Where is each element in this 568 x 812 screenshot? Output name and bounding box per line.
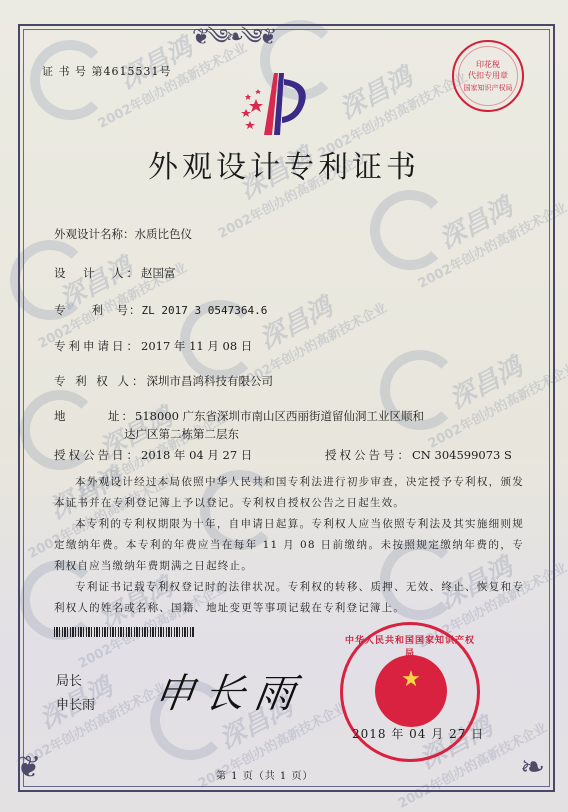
field-value: 赵国富 xyxy=(141,265,176,281)
field-label: 外观设计名称： xyxy=(54,226,135,242)
field-value: 水质比色仪 xyxy=(135,226,193,242)
field-label: 地 址： xyxy=(54,408,135,424)
grant-number-field: 授权公告号：CN 304599073 S xyxy=(325,447,512,463)
director-block: 局长 申长雨 xyxy=(56,670,95,718)
field-value: 2017 年 11 月 08 日 xyxy=(141,338,252,354)
grant-statement-paragraph: 本外观设计经过本局依照中华人民共和国专利法进行初步审查，决定授予专利权，颁发本证… xyxy=(54,472,524,514)
certificate-number-value: 第4615531号 xyxy=(92,65,172,78)
page-title: 外观设计专利证书 xyxy=(0,142,568,186)
field-value: CN 304599073 S xyxy=(412,448,512,462)
seal-date: 2018 年 04 月 27 日 xyxy=(352,725,484,742)
page-number: 第 1 页（共 1 页） xyxy=(216,767,313,782)
field-label: 授权公告号： xyxy=(325,447,412,463)
certificate-number: 证 书 号 第4615531号 xyxy=(42,63,172,79)
address-field: 地 址：518000 广东省深圳市南山区西丽街道留仙洞工业区顺和 xyxy=(54,408,424,424)
design-name-field: 外观设计名称：水质比色仪 xyxy=(54,226,192,242)
field-value: ZL 2017 3 0547364.6 xyxy=(142,304,268,317)
address-line2: 达广区第二栋第二层东 xyxy=(124,426,239,442)
patentee-field: 专 利 权 人：深圳市昌鸿科技有限公司 xyxy=(54,373,273,389)
barcode xyxy=(54,627,194,637)
cnipa-logo-icon xyxy=(232,65,312,140)
field-value: 深圳市昌鸿科技有限公司 xyxy=(146,373,273,389)
patent-number-field: 专 利 号：ZL 2017 3 0547364.6 xyxy=(54,302,267,318)
stamp-duty-seal: 印花税 代扣专用章 国家知识产权局 xyxy=(452,40,524,112)
field-value: 2018 年 04 月 27 日 xyxy=(141,447,252,463)
director-title: 局长 xyxy=(56,670,95,694)
term-statement-paragraph: 本专利的专利权期限为十年，自申请日起算。专利权人应当依照专利法及其实施细则规定缴… xyxy=(54,514,524,577)
field-label: 设 计 人： xyxy=(54,265,141,281)
grant-date-field: 授权公告日：2018 年 04 月 27 日 xyxy=(54,447,252,463)
field-label: 专 利 号： xyxy=(54,302,142,318)
field-label: 专 利 权 人： xyxy=(54,373,146,389)
national-emblem-icon: ★ xyxy=(375,655,447,727)
director-name: 申长雨 xyxy=(56,694,95,718)
certificate-number-label: 证 书 号 xyxy=(42,65,87,78)
corner-ornament-bottom-right: ❧ xyxy=(520,750,545,785)
legal-status-paragraph: 专利证书记载专利权登记时的法律状况。专利权的转移、质押、无效、终止、恢复和专利权… xyxy=(54,577,524,619)
corner-ornament-bottom-left: ❦ xyxy=(16,750,41,785)
director-signature: 申长雨 xyxy=(151,662,309,719)
designer-field: 设 计 人：赵国富 xyxy=(54,265,176,281)
field-value: 518000 广东省深圳市南山区西丽街道留仙洞工业区顺和 xyxy=(135,408,424,424)
field-value: 达广区第二栋第二层东 xyxy=(124,426,239,442)
application-date-field: 专利申请日：2017 年 11 月 08 日 xyxy=(54,338,252,354)
field-label: 授权公告日： xyxy=(54,447,141,463)
field-label: 专利申请日： xyxy=(54,338,141,354)
